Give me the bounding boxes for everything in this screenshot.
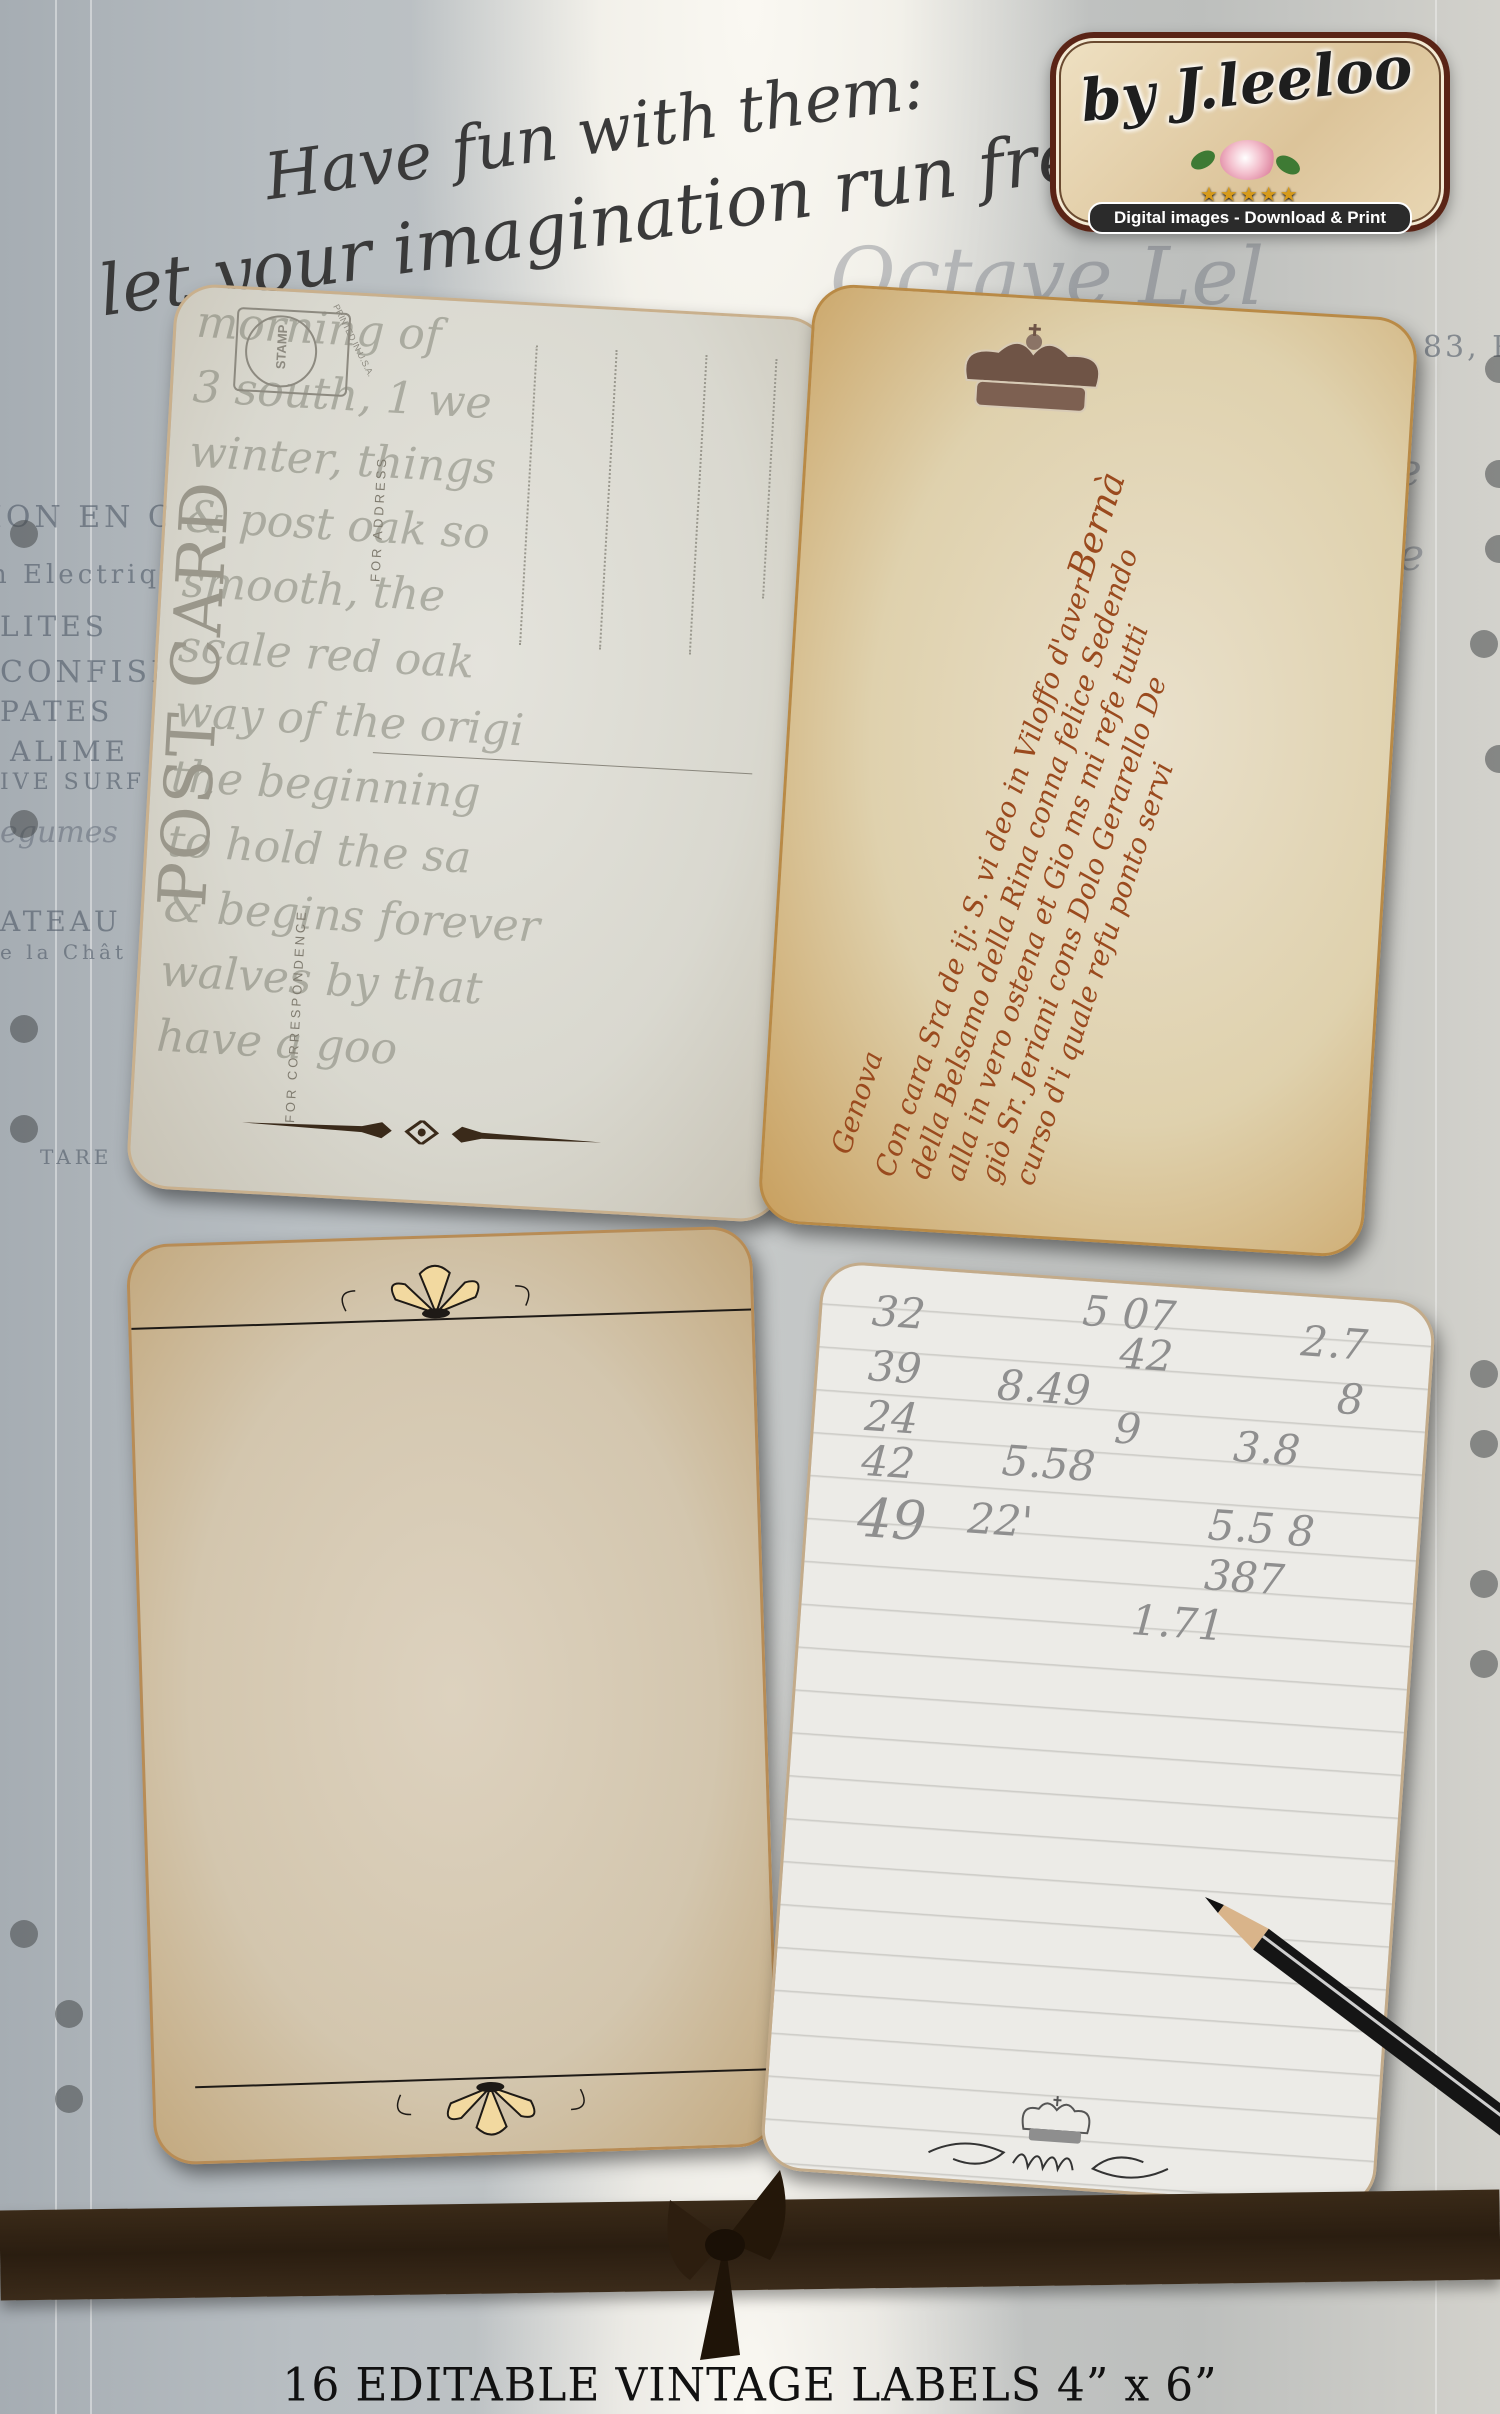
bg-text: n Electriqu <box>0 560 181 590</box>
binder-hole <box>1470 1430 1498 1458</box>
label-card-ledger: 32 5 07 2.7 39 42 8 24 8.49 3.8 42 9 49 … <box>759 1260 1437 2212</box>
ledger-number: 2.7 <box>1299 1316 1369 1370</box>
bg-text: CONFISE <box>0 655 177 690</box>
binder-hole <box>1470 1650 1498 1678</box>
address-dotted-line <box>599 350 618 650</box>
binder-hole <box>1470 630 1498 658</box>
crown-icon <box>944 319 1120 429</box>
flourish-ornament-icon <box>241 1110 602 1154</box>
logo-tagline: Digital images - Download & Print <box>1088 202 1412 234</box>
ledger-number: 42 <box>860 1436 917 1489</box>
ledger-number: 32 <box>870 1286 927 1339</box>
address-dotted-line <box>689 355 708 655</box>
bg-vertical-line <box>55 0 57 2414</box>
binder-hole <box>10 1115 38 1143</box>
binder-hole <box>10 810 38 838</box>
binder-hole <box>10 1920 38 1948</box>
handwriting-line: walves by that <box>159 946 484 1015</box>
floral-ornament-icon <box>380 2079 602 2146</box>
ledger-number: 1.71 <box>1129 1595 1226 1650</box>
binder-hole <box>55 2000 83 2028</box>
address-dotted-line <box>762 359 777 599</box>
for-correspondence-label: FOR CORRESPONDENCE <box>282 909 309 1124</box>
bg-text: LITES <box>0 610 108 643</box>
label-card-postcard: morning of 3 south, 1 we winter, things … <box>125 282 831 1223</box>
brand-logo: by J.leeloo ★★★★★ Digital images - Downl… <box>1050 32 1450 232</box>
bg-text: PATES <box>0 695 113 728</box>
ledger-number: 8.49 <box>996 1360 1093 1415</box>
bg-vertical-line <box>90 0 92 2414</box>
bg-text: IVE SURF <box>0 770 145 795</box>
handwriting-line: have a goo <box>155 1011 398 1075</box>
binder-hole <box>55 2085 83 2113</box>
rose-icon <box>1220 140 1276 180</box>
ledger-number: 3.8 <box>1232 1422 1302 1476</box>
ledger-number: 8 <box>1335 1374 1365 1425</box>
ledger-number: 5.5 8 <box>1206 1500 1316 1556</box>
ledger-number: 22' <box>966 1493 1034 1546</box>
bow-icon <box>640 2160 810 2360</box>
ledger-number: 9 <box>1113 1403 1143 1454</box>
label-card-crown-letter: Genova Con cara Sra de ij: S. vi deo in … <box>757 282 1419 1258</box>
ledger-number: 387 <box>1203 1550 1286 1604</box>
stamp-label: STAMP <box>273 324 290 369</box>
binder-hole <box>1470 1360 1498 1388</box>
floral-ornament-icon <box>324 1255 546 1322</box>
binder-hole <box>10 520 38 548</box>
ledger-number: 42 <box>1118 1329 1175 1382</box>
stamp-box: STAMP PRINTED IN U.S.A. <box>233 307 352 397</box>
address-dotted-line <box>519 346 538 646</box>
label-card-ornate-frame <box>126 1225 781 2165</box>
bg-text: ATEAU <box>0 905 122 938</box>
bg-text: e la Chât <box>0 940 127 964</box>
flourish-ornament-icon <box>922 2132 1174 2189</box>
product-title: 16 EDITABLE VINTAGE LABELS 4” x 6” <box>0 2359 1500 2413</box>
ledger-number: 39 <box>867 1341 924 1394</box>
binder-hole <box>1470 1570 1498 1598</box>
binder-hole <box>10 1015 38 1043</box>
ledger-number: 49 <box>855 1486 928 1554</box>
ledger-number: 5.58 <box>1000 1436 1097 1491</box>
bg-text: TARE <box>40 1145 112 1169</box>
bg-text: ALIME <box>10 735 129 768</box>
